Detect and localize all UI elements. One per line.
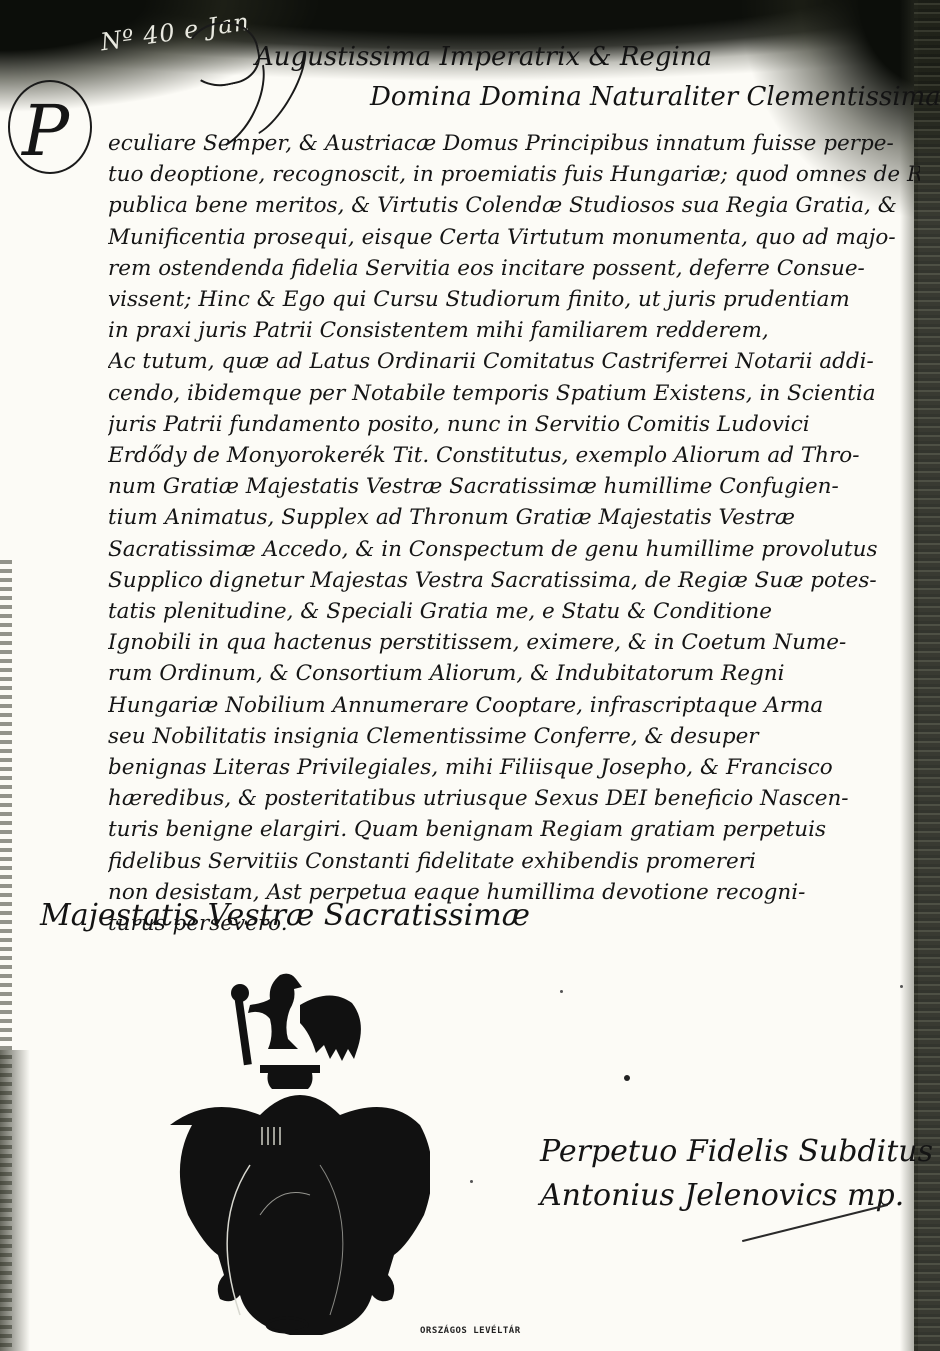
coat-of-arms-icon (140, 965, 430, 1335)
petition-line: Supplico dignetur Majestas Vestra Sacrat… (108, 565, 920, 596)
petition-line: tium Animatus, Supplex ad Thronum Gratiæ… (108, 502, 920, 533)
petition-line: hæredibus, & posteritatibus utriusque Se… (108, 783, 920, 814)
petition-line: benignas Literas Privilegiales, mihi Fil… (108, 752, 920, 783)
petition-line: juris Patrii fundamento posito, nunc in … (108, 409, 920, 440)
petition-line: cendo, ibidemque per Notabile temporis S… (108, 378, 920, 409)
scan-edge-left-bottom (0, 1050, 30, 1351)
archive-stamp: ORSZÁGOS LEVÉLTÁR (420, 1326, 521, 1336)
petition-body: eculiare Semper, & Austriacæ Domus Princ… (108, 128, 920, 939)
petition-line: fidelibus Servitiis Constanti fidelitate… (108, 846, 920, 877)
petition-line: Erdődy de Monyorokerék Tit. Constitutus,… (108, 440, 920, 471)
petition-line: Munificentia prosequi, eisque Certa Virt… (108, 222, 920, 253)
petition-line: tatis plenitudine, & Speciali Gratia me,… (108, 596, 920, 627)
petition-line: Sacratissimæ Accedo, & in Conspectum de … (108, 534, 920, 565)
signature-line-2: Antonius Jelenovics mp. (540, 1174, 933, 1218)
initial-letter: P (22, 96, 69, 166)
petition-line: seu Nobilitatis insignia Clementissime C… (108, 721, 920, 752)
petition-line: turis benigne elargiri. Quam benignam Re… (108, 814, 920, 845)
ink-speck (900, 985, 903, 988)
signature-block: Perpetuo Fidelis Subditus Antonius Jelen… (540, 1130, 933, 1218)
salutation-line-2: Domina Domina Naturaliter Clementissima (370, 82, 940, 112)
petition-line: num Gratiæ Majestatis Vestræ Sacratissim… (108, 471, 920, 502)
closing-formula: Majestatis Vestræ Sacratissimæ (40, 898, 530, 933)
petition-line: in praxi juris Patrii Consistentem mihi … (108, 315, 920, 346)
salutation-line-1: Augustissima Imperatrix & Regina (255, 42, 712, 72)
ink-speck (624, 1075, 630, 1081)
petition-line: rum Ordinum, & Consortium Aliorum, & Ind… (108, 658, 920, 689)
petition-line: publica bene meritos, & Virtutis Colendæ… (108, 190, 920, 221)
petition-line: rem ostendenda fidelia Servitia eos inci… (108, 253, 920, 284)
petition-line: eculiare Semper, & Austriacæ Domus Princ… (108, 128, 920, 159)
signature-line-1: Perpetuo Fidelis Subditus (540, 1130, 933, 1174)
manuscript-page: Nº 40 e Jan Augustissima Imperatrix & Re… (0, 0, 940, 1351)
ink-speck (560, 990, 563, 993)
petition-line: Hungariæ Nobilium Annumerare Cooptare, i… (108, 690, 920, 721)
petition-line: tuo deoptione, recognoscit, in proemiati… (108, 159, 920, 190)
ink-speck (470, 1180, 473, 1183)
petition-line: vissent; Hinc & Ego qui Cursu Studiorum … (108, 284, 920, 315)
petition-line: Ignobili in qua hactenus perstitissem, e… (108, 627, 920, 658)
petition-line: Ac tutum, quæ ad Latus Ordinarii Comitat… (108, 346, 920, 377)
